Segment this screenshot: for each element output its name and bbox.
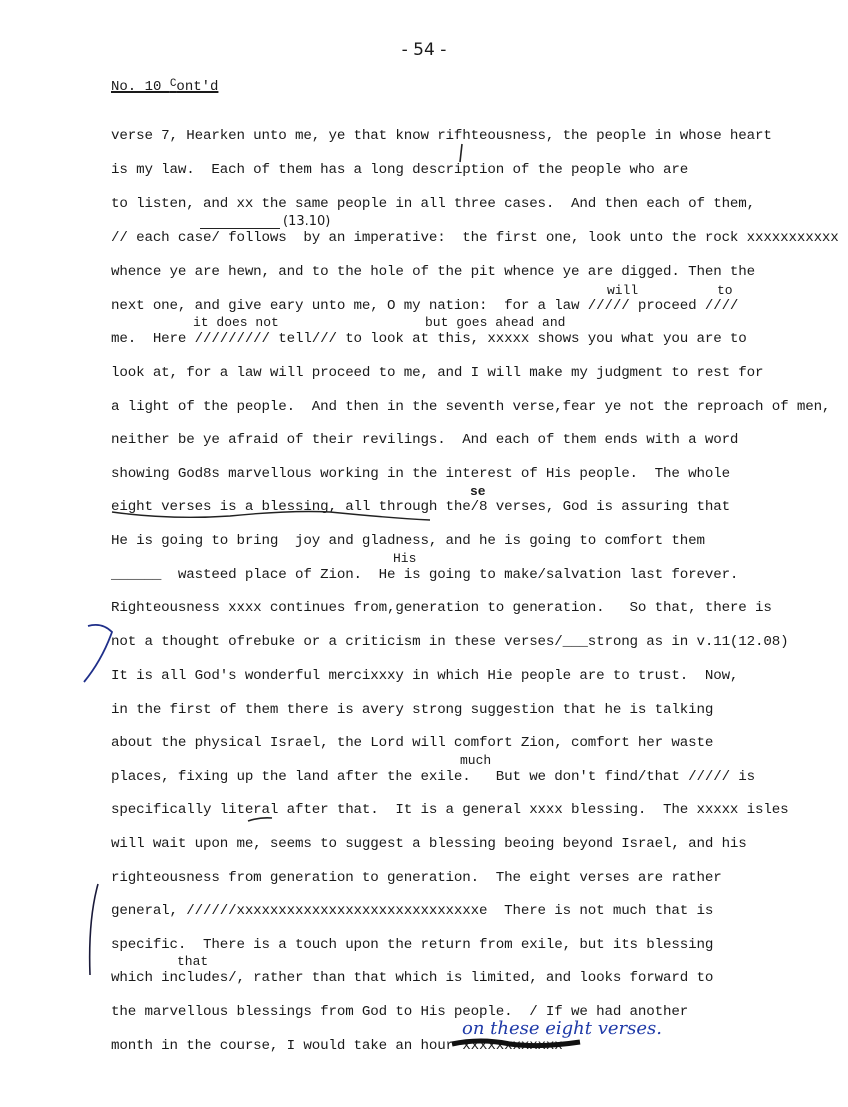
text-line: next one, and give eary unto me, O my na… <box>111 298 738 314</box>
text-line: general, //////xxxxxxxxxxxxxxxxxxxxxxxxx… <box>111 903 713 919</box>
insertion-that: that <box>177 954 208 969</box>
text-line: whence ye are hewn, and to the hole of t… <box>111 264 755 280</box>
text-line: to listen, and xx the same people in all… <box>111 196 755 212</box>
text-line: He is going to bring joy and gladness, a… <box>111 533 705 549</box>
margin-bracket-icon <box>80 620 120 690</box>
insert-caret-icon <box>455 142 467 166</box>
text-line: not a thought ofrebuke or a criticism in… <box>111 634 788 650</box>
text-line: which includes/, rather than that which … <box>111 970 713 986</box>
insertion-to: to <box>717 283 733 298</box>
text-line: // each case/ follows by an imperative: … <box>111 230 839 246</box>
heading-text: No. 10 <box>111 79 170 95</box>
text-line: verse 7, Hearken unto me, ye that know r… <box>111 128 772 144</box>
insertion-much: much <box>460 753 491 768</box>
heading-rest: ont'd <box>176 79 218 95</box>
text-line: is my law. Each of them has a long descr… <box>111 162 688 178</box>
insertion-underline <box>200 228 280 229</box>
text-line: about the physical Israel, the Lord will… <box>111 735 713 751</box>
insertion-it-does-not: it does not <box>193 315 279 330</box>
insertion-se: se <box>470 484 486 499</box>
text-line: righteousness from generation to generat… <box>111 870 722 886</box>
page-number: - 54 - <box>0 40 848 60</box>
wavy-underline-icon <box>110 506 440 526</box>
time-mark: (13.10) <box>283 214 330 229</box>
text-line: will wait upon me, seems to suggest a bl… <box>111 836 747 852</box>
section-heading: No. 10 Cont'd <box>111 78 218 95</box>
text-line: Righteousness xxxx continues from,genera… <box>111 600 772 616</box>
text-line: places, fixing up the land after the exi… <box>111 769 755 785</box>
insertion-but-goes-ahead: but goes ahead and <box>425 315 565 330</box>
text-line: showing God8s marvellous working in the … <box>111 466 730 482</box>
insertion-will: will <box>607 283 638 298</box>
scribble-strike-icon <box>450 1036 590 1052</box>
text-line: me. Here ///////// tell/// to look at th… <box>111 331 747 347</box>
pen-underline-icon <box>246 815 276 825</box>
text-line: ______ wasteed place of Zion. He is goin… <box>111 567 738 583</box>
text-line: a light of the people. And then in the s… <box>111 399 830 415</box>
text-line: It is all God's wonderful mercixxxy in w… <box>111 668 738 684</box>
insertion-his: His <box>393 551 416 566</box>
text-line: specific. There is a touch upon the retu… <box>111 937 713 953</box>
text-line: neither be ye afraid of their revilings.… <box>111 432 738 448</box>
text-line: look at, for a law will proceed to me, a… <box>111 365 763 381</box>
text-line: specifically literal after that. It is a… <box>111 802 788 818</box>
margin-line-icon <box>84 880 104 980</box>
text-line: in the first of them there is avery stro… <box>111 702 713 718</box>
